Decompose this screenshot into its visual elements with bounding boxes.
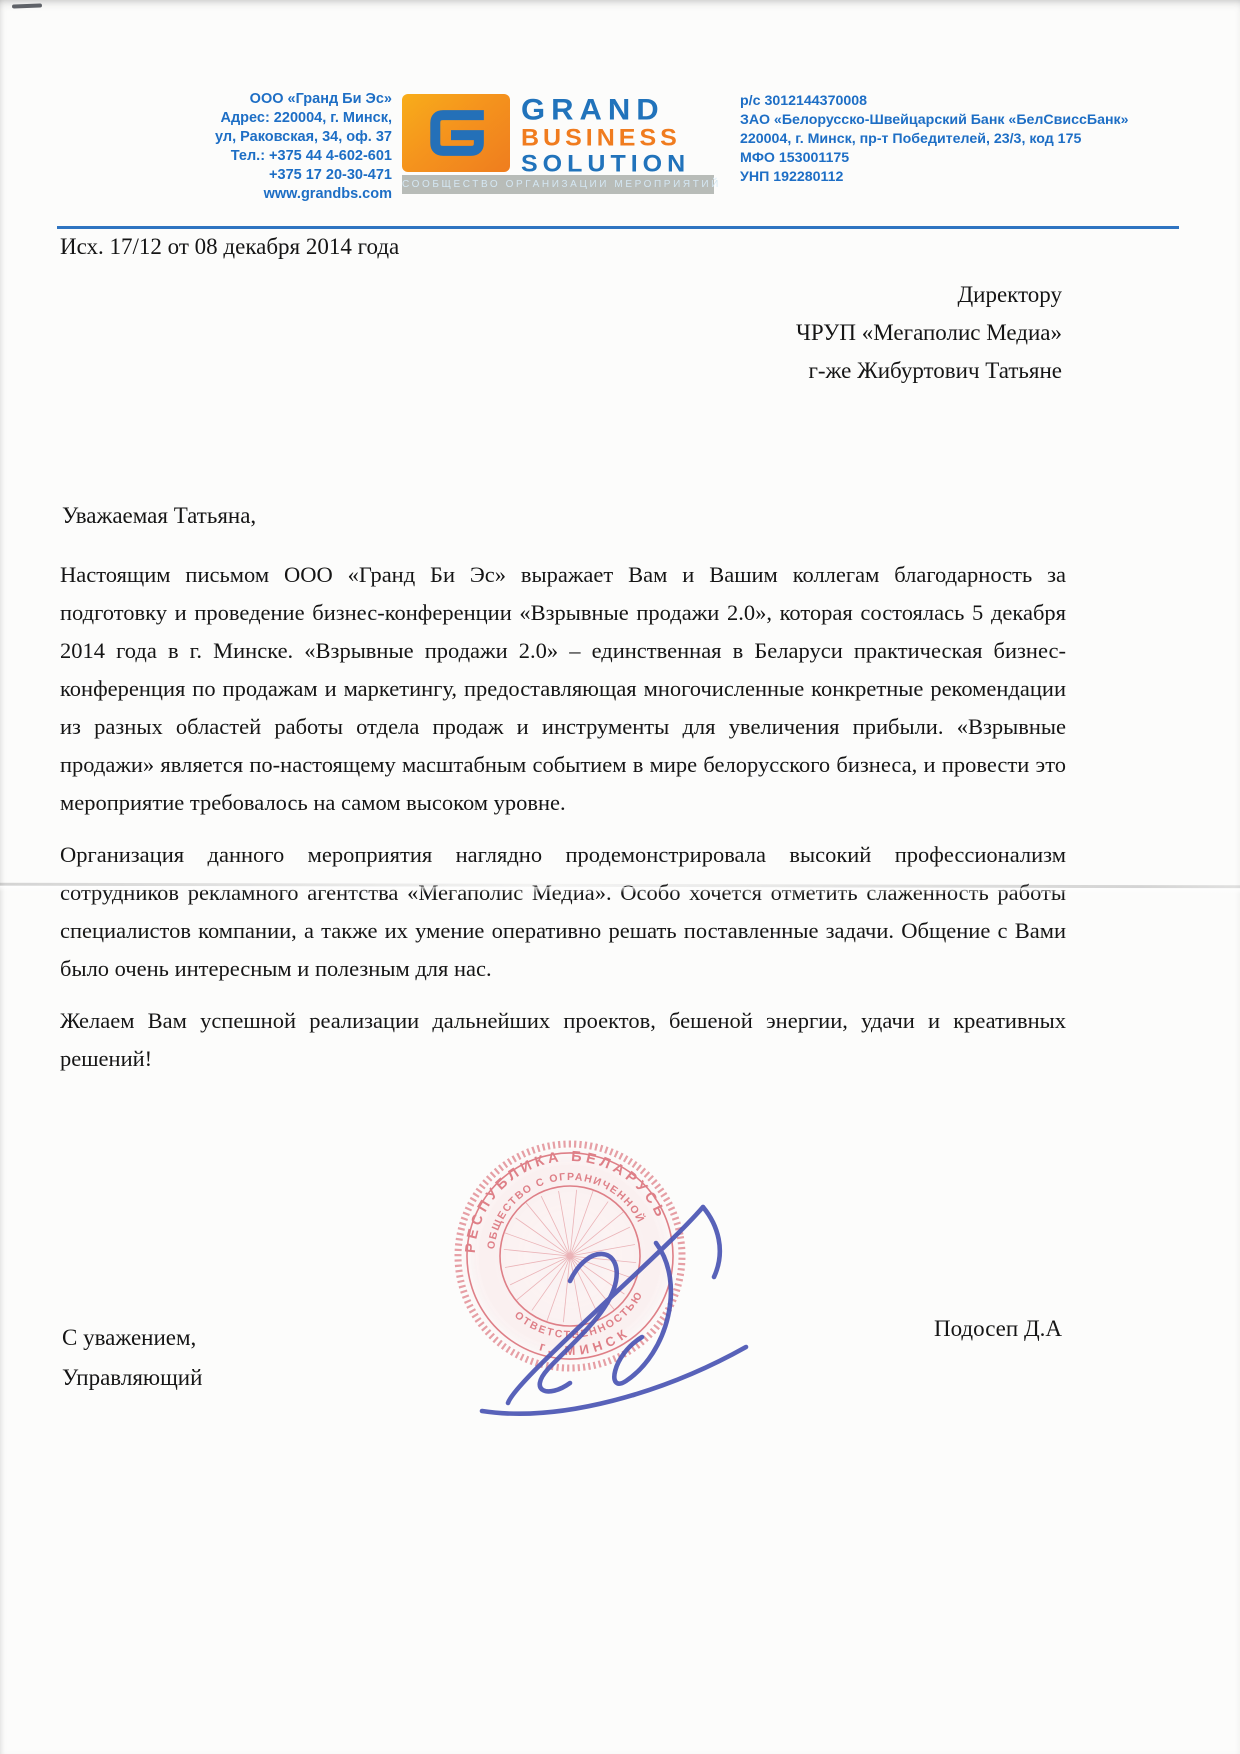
bank-name: ЗАО «Белорусско-Швейцарский Банк «БелСви… xyxy=(740,111,1160,130)
addressee-title: Директору xyxy=(660,276,1062,314)
body-paragraph: Желаем Вам успешной реализации дальнейши… xyxy=(60,1002,1066,1078)
scanned-letter-page: ООО «Гранд Би Эс» Адрес: 220004, г. Минс… xyxy=(0,0,1240,1754)
bank-address: 220004, г. Минск, пр-т Победителей, 23/3… xyxy=(740,130,1160,149)
letterhead-bank-block: р/с 3012144370008 ЗАО «Белорусско-Швейца… xyxy=(740,92,1160,187)
logo-word-grand: GRAND xyxy=(521,93,665,127)
body-paragraph: Организация данного мероприятия наглядно… xyxy=(60,836,1066,988)
closing-regards: С уважением, xyxy=(62,1318,202,1358)
addressee-company: ЧРУП «Мегаполис Медиа» xyxy=(660,314,1062,352)
signature xyxy=(420,1185,780,1430)
closing-block: С уважением, Управляющий xyxy=(62,1318,202,1398)
bank-mfo: МФО 153001175 xyxy=(740,149,1160,168)
scan-artifact-speck xyxy=(12,3,42,8)
addressee-person: г-же Жибуртович Татьяне xyxy=(660,352,1062,390)
company-phone: Тел.: +375 44 4-602-601 xyxy=(150,147,392,166)
company-website-link[interactable]: www.grandbs.com xyxy=(150,185,392,204)
header-divider xyxy=(57,226,1179,229)
bank-account: р/с 3012144370008 xyxy=(740,92,1160,111)
logo-word-business: BUSINESS xyxy=(521,125,681,153)
company-logo xyxy=(402,94,510,172)
company-address-line: Адрес: 220004, г. Минск, xyxy=(150,109,392,128)
company-address-line: ул, Раковская, 34, оф. 37 xyxy=(150,128,392,147)
outgoing-reference-line: Исх. 17/12 от 08 декабря 2014 года xyxy=(60,234,399,260)
signer-name: Подосеп Д.А xyxy=(850,1316,1062,1342)
closing-position: Управляющий xyxy=(62,1358,202,1398)
salutation: Уважаемая Татьяна, xyxy=(62,503,256,529)
letter-body: Настоящим письмом ООО «Гранд Би Эс» выра… xyxy=(60,556,1066,1092)
addressee-block: Директору ЧРУП «Мегаполис Медиа» г-же Жи… xyxy=(660,276,1062,390)
logo-g-icon xyxy=(419,103,493,163)
body-paragraph: Настоящим письмом ООО «Гранд Би Эс» выра… xyxy=(60,556,1066,822)
letterhead-company-block: ООО «Гранд Би Эс» Адрес: 220004, г. Минс… xyxy=(150,90,392,204)
bank-unp: УНП 192280112 xyxy=(740,168,1160,187)
logo-tagline: СООБЩЕСТВО ОРГАНИЗАЦИИ МЕРОПРИЯТИЙ xyxy=(402,175,714,194)
company-phone: +375 17 20-30-471 xyxy=(150,166,392,185)
company-name: ООО «Гранд Би Эс» xyxy=(150,90,392,109)
